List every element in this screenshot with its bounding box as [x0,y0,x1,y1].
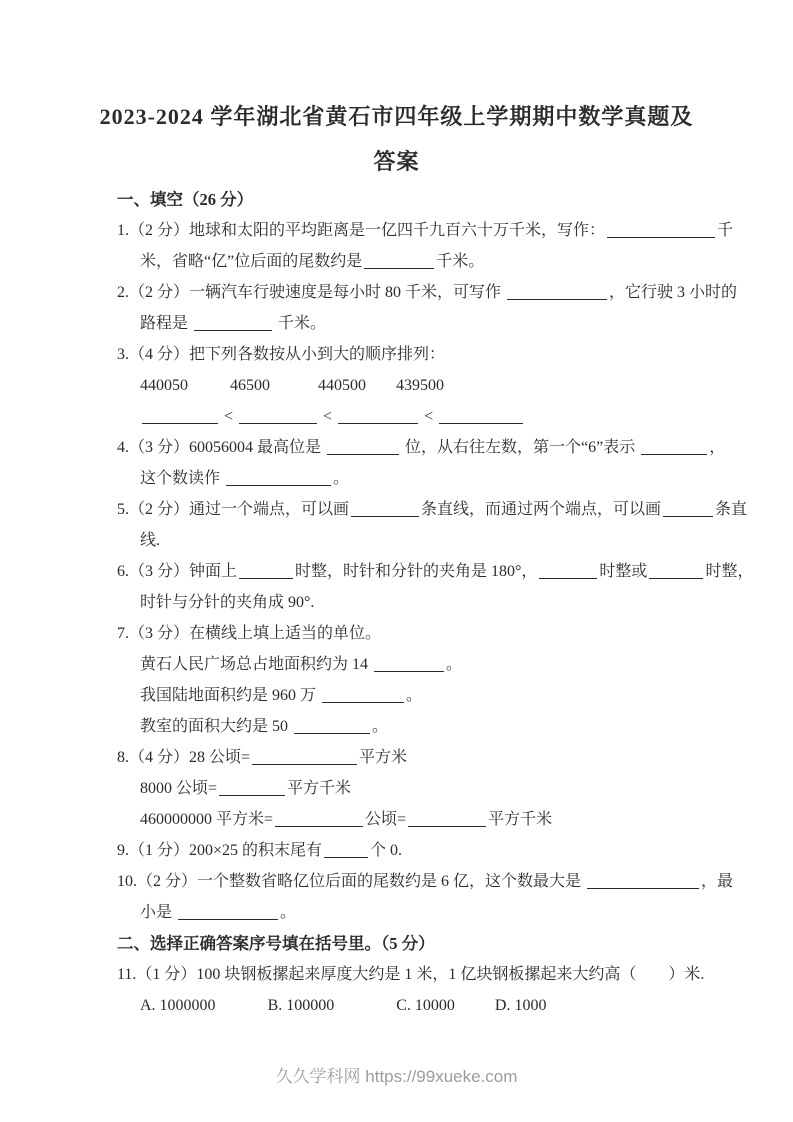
text-segment: ， [709,439,725,456]
answer-blank [663,502,713,517]
text-segment: 平方千米 [287,780,351,797]
text-segment: 千米。 [274,315,326,332]
text-segment: 黄石人民广场总占地面积约为 14 [140,656,372,673]
q6-line-1: 6.（3 分）钟面上时整，时针和分针的夹角是 180°，时整或时整， [0,556,793,587]
q6-line-2: 时针与分针的夹角成 90°. [0,587,793,618]
text-segment: 平方千米 [488,811,552,828]
spacer [188,389,230,390]
q3-numbers: 44005046500440500439500 [0,370,793,401]
text-segment: 时整或 [599,563,647,580]
answer-blank [324,843,368,858]
text-segment: 我国陆地面积约是 960 万 [140,687,320,704]
answer-blank [226,471,331,486]
q11-line-1: 11.（1 分）100 块钢板摞起来厚度大约是 1 米，1 亿块钢板摞起来大约高… [0,959,793,990]
q2-line-1: 2.（2 分）一辆汽车行驶速度是每小时 80 千米，可写作 ，它行驶 3 小时的 [0,277,793,308]
text-segment: C. 10000 [396,997,455,1014]
q4-line-1: 4.（3 分）60056004 最高位是 位，从右往左数，第一个“6”表示 ， [0,432,793,463]
answer-blank [507,285,607,300]
q11-options: A. 1000000B. 100000C. 10000D. 1000 [0,990,793,1021]
q7-sub-2: 我国陆地面积约是 960 万 。 [0,680,793,711]
text-segment: 条直线，而通过两个端点，可以画 [421,501,661,518]
answer-blank [239,564,293,579]
text-segment: A. 1000000 [140,997,216,1014]
text-segment: 公顷= [365,811,406,828]
text-segment: < [220,408,237,425]
spacer [216,1009,268,1010]
text-segment: 460000000 平方米= [140,811,273,828]
answer-blank [219,781,285,796]
answer-blank [327,440,399,455]
text-segment: 千 [717,222,733,239]
text-segment: 二、选择正确答案序号填在括号里。（5 分） [117,934,435,953]
text-segment: < [319,408,336,425]
answer-blank [275,812,363,827]
text-segment: 440500 [318,377,366,394]
q10-line-1: 10.（2 分）一个整数省略亿位后面的尾数约是 6 亿，这个数最大是 ，最 [0,866,793,897]
answer-blank [142,409,218,424]
text-segment: 9.（1 分）200×25 的积末尾有 [117,842,322,859]
text-segment: < [420,408,437,425]
text-segment: B. 100000 [268,997,335,1014]
answer-blank [364,254,434,269]
q8-line-1: 8.（4 分）28 公顷=平方米 [0,742,793,773]
answer-blank [194,316,272,331]
answer-blank [539,564,597,579]
answer-blank [587,874,699,889]
q10-line-2: 小是 。 [0,897,793,928]
text-segment: 米，省略“亿”位后面的尾数约是 [140,253,362,270]
text-segment: 7.（3 分）在横线上填上适当的单位。 [117,625,381,642]
q5-line-1: 5.（2 分）通过一个端点，可以画条直线，而通过两个端点，可以画条直 [0,494,793,525]
q5-line-2: 线. [0,525,793,556]
text-segment: 条直 [715,501,747,518]
text-segment: 平方米 [359,749,407,766]
text-segment: 8.（4 分）28 公顷= [117,749,250,766]
q3-line-1: 3.（4 分）把下列各数按从小到大的顺序排列： [0,339,793,370]
text-segment: ，它行驶 3 小时的 [609,284,737,301]
text-segment: 。 [280,904,296,921]
document-page: 2023-2024 学年湖北省黄石市四年级上学期期中数学真题及 答案 一、填空（… [0,0,793,1122]
text-segment: 位，从右往左数，第一个“6”表示 [401,439,639,456]
answer-blank [641,440,707,455]
answer-blank [338,409,418,424]
answer-blank [178,905,278,920]
spacer [334,1009,396,1010]
exam-body: 一、填空（26 分）1.（2 分）地球和太阳的平均距离是一亿四千九百六十万千米，… [0,184,793,1021]
q7-line-1: 7.（3 分）在横线上填上适当的单位。 [0,618,793,649]
answer-blank [649,564,703,579]
q4-line-2: 这个数读作 。 [0,463,793,494]
text-segment: 。 [333,470,349,487]
section-2-heading: 二、选择正确答案序号填在括号里。（5 分） [0,928,793,959]
text-segment: 时针与分针的夹角成 90°. [140,594,314,611]
answer-blank [374,657,444,672]
exam-title-line-1: 2023-2024 学年湖北省黄石市四年级上学期期中数学真题及 [0,94,793,139]
text-segment: 2.（2 分）一辆汽车行驶速度是每小时 80 千米，可写作 [117,284,505,301]
text-segment: 这个数读作 [140,470,224,487]
text-segment: 440050 [140,377,188,394]
answer-blank [351,502,419,517]
spacer [270,389,318,390]
text-segment: 小是 [140,904,176,921]
text-segment: 3.（4 分）把下列各数按从小到大的顺序排列： [117,346,445,363]
text-segment: 千米。 [436,253,484,270]
text-segment: 439500 [396,377,444,394]
text-segment: 。 [446,656,462,673]
text-segment: 5.（2 分）通过一个端点，可以画 [117,501,349,518]
section-1-heading: 一、填空（26 分） [0,184,793,215]
exam-title-line-2: 答案 [0,139,793,184]
text-segment: 教室的面积大约是 50 [140,718,292,735]
text-segment: 8000 公顷= [140,780,217,797]
text-segment: 11.（1 分）100 块钢板摞起来厚度大约是 1 米，1 亿块钢板摞起来大约高… [117,966,704,983]
text-segment: 。 [406,687,422,704]
q7-sub-1: 黄石人民广场总占地面积约为 14 。 [0,649,793,680]
footer-watermark: 久久学科网 https://99xueke.com [0,1062,793,1092]
text-segment: ，最 [701,873,733,890]
answer-blank [607,223,715,238]
spacer [455,1009,495,1010]
text-segment: 线. [140,532,160,549]
text-segment: 时整，时针和分针的夹角是 180°， [295,563,537,580]
text-segment: 。 [372,718,388,735]
text-segment: 个 0. [370,842,402,859]
text-segment: 一、填空（26 分） [117,190,253,209]
q1-line-1: 1.（2 分）地球和太阳的平均距离是一亿四千九百六十万千米，写作：千 [0,215,793,246]
answer-blank [239,409,317,424]
exam-title: 2023-2024 学年湖北省黄石市四年级上学期期中数学真题及 答案 [0,0,793,184]
q8-line-3: 460000000 平方米=公顷=平方千米 [0,804,793,835]
answer-blank [408,812,486,827]
text-segment: 4.（3 分）60056004 最高位是 [117,439,325,456]
spacer [366,389,396,390]
text-segment: 46500 [230,377,270,394]
text-segment: 时整， [705,563,753,580]
text-segment: 路程是 [140,315,192,332]
text-segment: D. 1000 [495,997,547,1014]
text-segment: 1.（2 分）地球和太阳的平均距离是一亿四千九百六十万千米，写作： [117,222,605,239]
q3-ordering: < < < [0,401,793,432]
answer-blank [252,750,357,765]
answer-blank [294,719,370,734]
q7-sub-3: 教室的面积大约是 50 。 [0,711,793,742]
answer-blank [439,409,523,424]
answer-blank [322,688,404,703]
q8-line-2: 8000 公顷=平方千米 [0,773,793,804]
text-segment: 10.（2 分）一个整数省略亿位后面的尾数约是 6 亿，这个数最大是 [117,873,585,890]
text-segment: 6.（3 分）钟面上 [117,563,237,580]
q1-line-2: 米，省略“亿”位后面的尾数约是千米。 [0,246,793,277]
q2-line-2: 路程是 千米。 [0,308,793,339]
q9-line-1: 9.（1 分）200×25 的积末尾有个 0. [0,835,793,866]
